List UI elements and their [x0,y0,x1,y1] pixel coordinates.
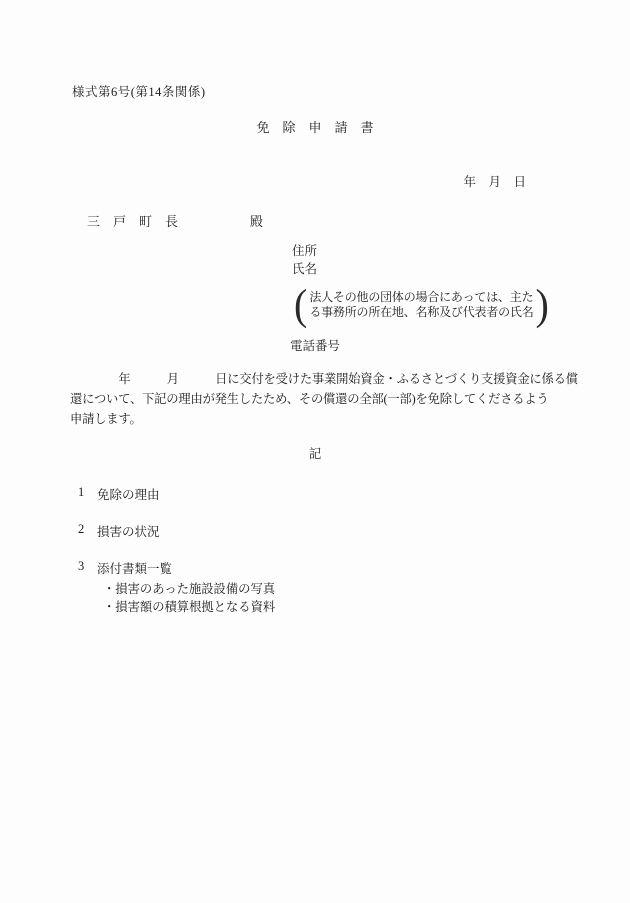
item-label: 添付書類一覧 [97,559,172,577]
item-number: 3 [78,559,97,577]
item-number: 2 [78,522,97,540]
corporate-note-line2: る事務所の所在地、名称及び代表者の氏名 [309,305,533,321]
address-label: 住所 [292,242,317,260]
phone-label: 電話番号 [290,336,340,354]
corporate-note-text: 法人その他の団体の場合にあっては、主た る事務所の所在地、名称及び代表者の氏名 [307,290,535,321]
body-line-3: 申請します。 [70,409,610,429]
addressee-line: 三 戸 町 長殿 [87,211,263,230]
item-label: 損害の状況 [97,522,160,540]
corporate-note-line1: 法人その他の団体の場合にあっては、主た [309,290,533,306]
left-paren-glyph: ( [294,280,307,330]
list-item-damage-status: 2 損害の状況 [78,522,160,540]
body-line-2: 還について、下記の理由が発生したため、その償還の全部(一部)を免除してくださるよ… [70,389,610,409]
form-number: 様式第6号(第14条関係) [72,82,206,100]
applicant-labels: 住所 氏名 [292,242,317,278]
corporate-note: ( 法人その他の団体の場合にあっては、主た る事務所の所在地、名称及び代表者の氏… [294,282,549,328]
document-page: 様式第6号(第14条関係) 免 除 申 請 書 年 月 日 三 戸 町 長殿 住… [0,0,630,903]
list-item-attachments: 3 添付書類一覧 [78,559,172,577]
document-title: 免 除 申 請 書 [0,117,630,136]
date-line: 年 月 日 [463,172,526,190]
item-label: 免除の理由 [97,485,160,503]
list-item-exemption-reason: 1 免除の理由 [78,485,160,503]
body-line-1: 年 月 日に交付を受けた事業開始資金・ふるさとづくり支援資金に係る償 [70,369,610,389]
addressee-honorific: 殿 [250,214,263,229]
right-paren-glyph: ) [536,280,549,330]
attachment-item-photo: ・損害のあった施設設備の写真 [103,579,275,597]
item-number: 1 [78,485,97,503]
record-heading: 記 [0,444,630,462]
body-paragraph: 年 月 日に交付を受けた事業開始資金・ふるさとづくり支援資金に係る償 還について… [70,369,610,429]
attachment-item-basis: ・損害額の積算根拠となる資料 [103,597,275,615]
addressee-name: 三 戸 町 長 [87,214,178,229]
name-label: 氏名 [292,260,317,278]
